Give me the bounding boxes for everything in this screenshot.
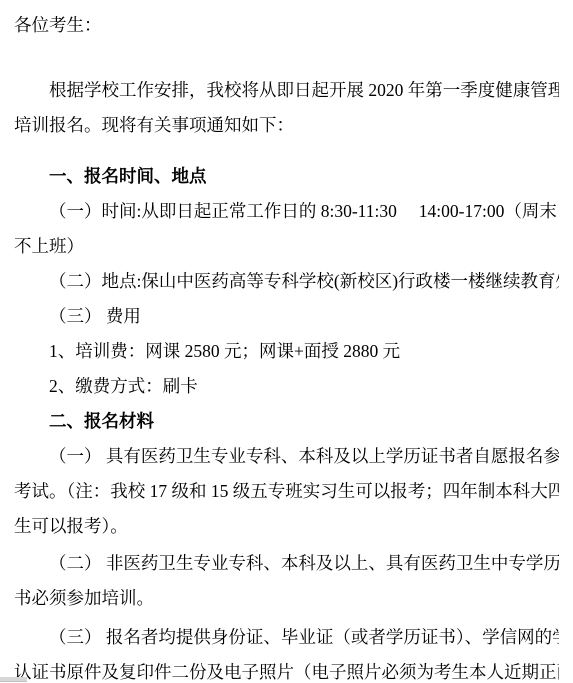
salutation-text: 各位考生： [14, 8, 559, 43]
intro-line-2: 培训报名。现将有关事项通知如下： [14, 108, 559, 143]
time-line-2: 不上班） [14, 229, 559, 264]
time-line-1: （一）时间:从即日起正常工作日的 8:30-11:30 14:00-17:00（… [14, 194, 559, 229]
fees-heading-line: （三） 费用 [14, 299, 559, 334]
section-1-heading: 一、报名时间、地点 [14, 159, 559, 194]
partial-scrollbar-fragment [0, 677, 27, 682]
location-line: （二）地点:保山中医药高等专科学校(新校区)行政楼一楼继续教育处 [14, 264, 559, 299]
section-1-item-1-time: （一）时间:从即日起正常工作日的 8:30-11:30 14:00-17:00（… [14, 194, 559, 264]
section-2-item-2-training-requirement: （二） 非医药卫生专业专科、本科及以上、具有医药卫生中专学历证 书必须参加培训。 [14, 546, 559, 616]
eligibility-line-3: 生可以报考）。 [14, 509, 559, 544]
notice-document: 各位考生： 根据学校工作安排，我校将从即日起开展 2020 年第一季度健康管理师… [0, 0, 573, 683]
training-requirement-line-2: 书必须参加培训。 [14, 581, 559, 616]
section-2-item-3-required-documents: （三） 报名者均提供身份证、毕业证（或者学历证书）、学信网的学历 认证书原件及复… [14, 620, 559, 683]
eligibility-line-1: （一） 具有医药卫生专业专科、本科及以上学历证书者自愿报名参加 [14, 439, 559, 474]
fees-item-1-training-fee: 1、培训费：网课 2580 元；网课+面授 2880 元 [14, 334, 559, 369]
intro-paragraph: 根据学校工作安排，我校将从即日起开展 2020 年第一季度健康管理师 培训报名。… [14, 73, 559, 143]
training-fee-line: 1、培训费：网课 2580 元；网课+面授 2880 元 [14, 334, 559, 369]
section-1-heading-text: 一、报名时间、地点 [14, 159, 559, 194]
eligibility-line-2: 考试。（注：我校 17 级和 15 级五专班实习生可以报考；四年制本科大四学 [14, 474, 559, 509]
salutation-paragraph: 各位考生： [14, 8, 559, 43]
payment-method-line: 2、缴费方式：刷卡 [14, 369, 559, 404]
intro-line-1: 根据学校工作安排，我校将从即日起开展 2020 年第一季度健康管理师 [14, 73, 559, 108]
section-1-item-3-fees: （三） 费用 [14, 299, 559, 334]
section-1-item-2-location: （二）地点:保山中医药高等专科学校(新校区)行政楼一楼继续教育处 [14, 264, 559, 299]
section-2-heading: 二、报名材料 [14, 404, 559, 439]
section-2-heading-text: 二、报名材料 [14, 404, 559, 439]
fees-item-2-payment-method: 2、缴费方式：刷卡 [14, 369, 559, 404]
training-requirement-line-1: （二） 非医药卫生专业专科、本科及以上、具有医药卫生中专学历证 [14, 546, 559, 581]
required-documents-line-1: （三） 报名者均提供身份证、毕业证（或者学历证书）、学信网的学历 [14, 620, 559, 655]
required-documents-line-2: 认证书原件及复印件二份及电子照片（电子照片必须为考生本人近期正面 [14, 655, 559, 683]
section-2-item-1-eligibility: （一） 具有医药卫生专业专科、本科及以上学历证书者自愿报名参加 考试。（注：我校… [14, 439, 559, 544]
